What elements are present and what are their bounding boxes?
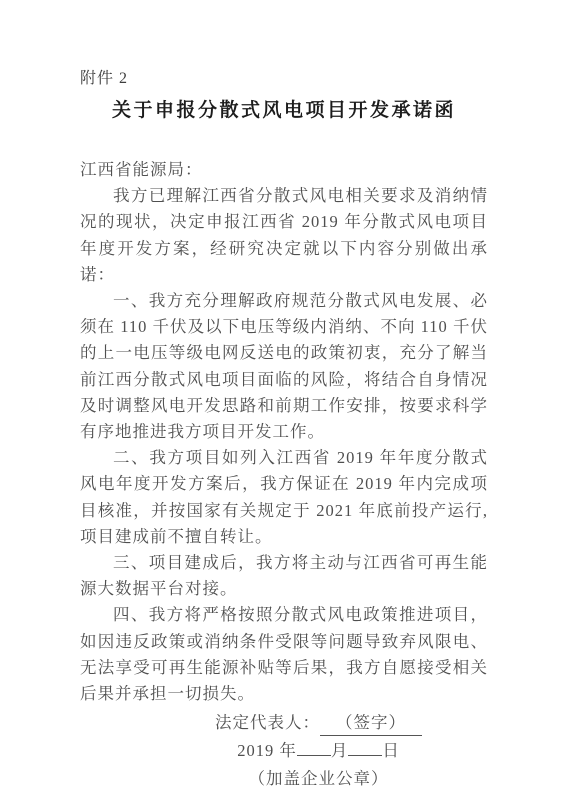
date-line: 2019 年月日: [237, 737, 400, 765]
paragraph-commitment-3: 三、项目建成后，我方将主动与江西省可再生能源大数据平台对接。: [80, 550, 488, 602]
day-blank: [348, 753, 382, 756]
document-content: 附件 2 关于申报分散式风电项目开发承诺函 江西省能源局： 我方已理解江西省分散…: [80, 68, 488, 793]
attachment-label: 附件 2: [80, 68, 488, 90]
month-blank: [297, 753, 331, 756]
signature-block: 法定代表人：（签字） 2019 年月日 （加盖企业公章）: [215, 709, 422, 793]
paragraph-intro: 我方已理解江西省分散式风电相关要求及消纳情况的现状，决定申报江西省 2019 年…: [80, 183, 488, 288]
day-label: 日: [382, 741, 400, 760]
legal-representative-line: 法定代表人：（签字）: [215, 709, 422, 737]
legal-representative-label: 法定代表人：: [215, 713, 320, 732]
signature-blank: （签字）: [320, 711, 422, 736]
document-title: 关于申报分散式风电项目开发承诺函: [80, 99, 488, 123]
year-label: 2019 年: [237, 741, 297, 760]
month-label: 月: [331, 741, 349, 760]
document-page: 附件 2 关于申报分散式风电项目开发承诺函 江西省能源局： 我方已理解江西省分散…: [0, 0, 566, 800]
document-body: 江西省能源局： 我方已理解江西省分散式风电相关要求及消纳情况的现状，决定申报江西…: [80, 157, 488, 707]
salutation: 江西省能源局：: [80, 157, 488, 183]
company-seal-note: （加盖企业公章）: [249, 765, 389, 793]
paragraph-commitment-2: 二、我方项目如列入江西省 2019 年年度分散式风电年度开发方案后，我方保证在 …: [80, 445, 488, 550]
sign-placeholder: （签字）: [336, 713, 406, 732]
paragraph-commitment-1: 一、我方充分理解政府规范分散式风电发展、必须在 110 千伏及以下电压等级内消纳…: [80, 288, 488, 445]
paragraph-commitment-4: 四、我方将严格按照分散式风电政策推进项目，如因违反政策或消纳条件受限等问题导致弃…: [80, 602, 488, 707]
